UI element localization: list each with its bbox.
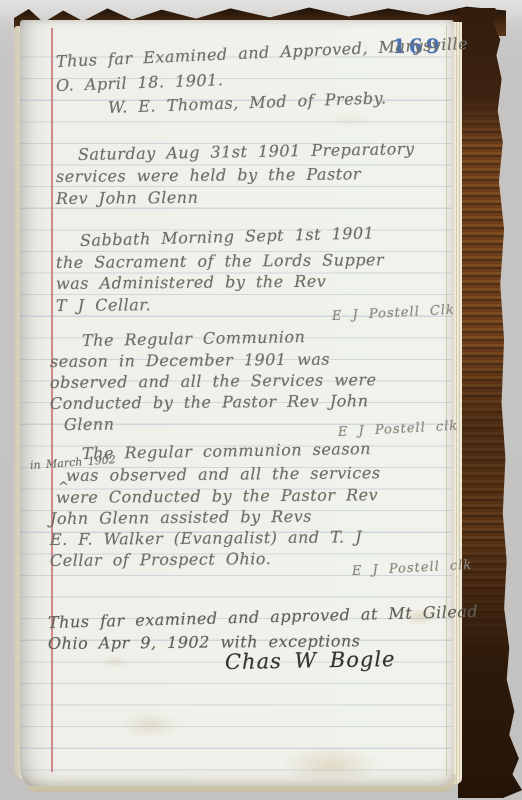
ledger-line: services were held by the Pastor bbox=[56, 164, 361, 186]
ledger-line: Conducted by the Pastor Rev John bbox=[50, 391, 369, 413]
ledger-line: was observed and all the services bbox=[66, 463, 381, 485]
ledger-line: Rev John Glenn bbox=[56, 188, 199, 208]
book-page-edges-right bbox=[458, 8, 522, 798]
ledger-line: T J Cellar. bbox=[56, 295, 151, 315]
ledger-line: Glenn bbox=[64, 415, 115, 434]
ledger-page: 169 Thus far Examined and Approved, Mary… bbox=[20, 20, 454, 786]
ledger-line: John Glenn assisted by Revs bbox=[50, 507, 312, 528]
ledger-line: were Conducted by the Pastor Rev bbox=[56, 485, 378, 507]
ledger-line: season in December 1901 was bbox=[50, 350, 330, 371]
ledger-line: the Sacrament of the Lords Supper bbox=[56, 250, 384, 272]
ledger-line: observed and all the Services were bbox=[50, 370, 377, 392]
ledger-line: was Administered by the Rev bbox=[56, 272, 326, 293]
page-inner-edge-line bbox=[446, 26, 447, 776]
ledger-line: Cellar of Prospect Ohio. bbox=[50, 549, 271, 570]
ledger-line: E. F. Walker (Evangalist) and T. J bbox=[50, 527, 362, 549]
ledger-line: The Regular Communion bbox=[82, 327, 306, 350]
signature: Chas W Bogle bbox=[225, 647, 396, 674]
